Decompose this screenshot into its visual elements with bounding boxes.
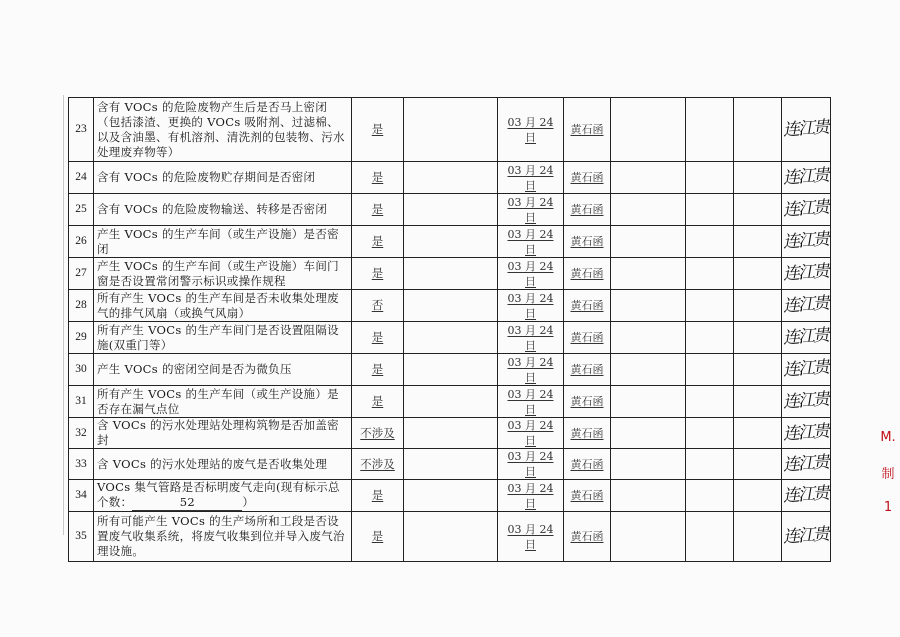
empty-cell xyxy=(404,290,498,322)
check-date: 03 月 24 日 xyxy=(508,324,554,352)
handwritten-signature: 连江贵 xyxy=(783,264,828,282)
empty-cell xyxy=(611,354,686,386)
empty-cell xyxy=(686,226,734,258)
check-result-cell[interactable]: 不涉及 xyxy=(352,418,404,449)
check-item: 所有产生 VOCs 的生产车间门是否设置阻隔设施(双重门等） xyxy=(94,322,352,354)
empty-cell xyxy=(734,354,782,386)
check-result: 是 xyxy=(372,330,384,344)
empty-cell xyxy=(686,194,734,226)
inspector-name: 黄石函 xyxy=(571,427,604,440)
empty-cell xyxy=(404,512,498,562)
inspector-name: 黄石函 xyxy=(571,299,604,312)
row-number: 35 xyxy=(69,512,94,562)
empty-cell xyxy=(404,258,498,290)
check-result-cell[interactable]: 是 xyxy=(352,386,404,418)
marker-count-field[interactable]: 52 xyxy=(132,495,242,511)
check-item: 含有 VOCs 的危险废物贮存期间是否密闭 xyxy=(94,162,352,194)
inspector-name: 黄石函 xyxy=(571,363,604,376)
empty-cell xyxy=(686,386,734,418)
handwritten-signature: 连江贵 xyxy=(783,120,828,138)
row-number: 33 xyxy=(69,449,94,480)
check-date-cell[interactable]: 03 月 24 日 xyxy=(498,162,564,194)
inspector-cell[interactable]: 黄石函 xyxy=(564,480,611,512)
stamp-char: 1 xyxy=(878,500,898,515)
empty-cell xyxy=(611,418,686,449)
check-date-cell[interactable]: 03 月 24 日 xyxy=(498,290,564,322)
handwritten-signature: 连江贵 xyxy=(783,200,828,218)
item-text-suffix: ） xyxy=(242,495,254,509)
empty-cell xyxy=(686,449,734,480)
check-date: 03 月 24 日 xyxy=(508,116,554,144)
empty-cell xyxy=(404,98,498,162)
signature-cell: 连江贵 xyxy=(782,512,831,562)
stamp-char: M. xyxy=(878,430,898,445)
check-date: 03 月 24 日 xyxy=(508,196,554,224)
item-text: 所有可能产生 VOCs 的生产场所和工段是否设置废气收集系统，将废气收集到位并导… xyxy=(97,514,345,558)
row-number: 32 xyxy=(69,418,94,449)
check-date-cell[interactable]: 03 月 24 日 xyxy=(498,386,564,418)
inspector-name: 黄石函 xyxy=(571,235,604,248)
check-result-cell[interactable]: 是 xyxy=(352,354,404,386)
check-result: 是 xyxy=(372,529,384,543)
inspector-name: 黄石函 xyxy=(571,530,604,543)
empty-cell xyxy=(686,98,734,162)
check-date-cell[interactable]: 03 月 24 日 xyxy=(498,98,564,162)
check-date-cell[interactable]: 03 月 24 日 xyxy=(498,418,564,449)
check-result: 是 xyxy=(372,266,384,280)
check-result-cell[interactable]: 不涉及 xyxy=(352,449,404,480)
item-text: 产生 VOCs 的生产车间（或生产设施）车间门窗是否设置常闭警示标识或操作规程 xyxy=(97,259,339,288)
signature-cell: 连江贵 xyxy=(782,194,831,226)
empty-cell xyxy=(404,418,498,449)
table-row: 35所有可能产生 VOCs 的生产场所和工段是否设置废气收集系统，将废气收集到位… xyxy=(69,512,831,562)
handwritten-signature: 连江贵 xyxy=(783,392,828,410)
inspector-cell[interactable]: 黄石函 xyxy=(564,258,611,290)
inspector-cell[interactable]: 黄石函 xyxy=(564,512,611,562)
check-item: 所有产生 VOCs 的生产车间是否未收集处理废气的排气风扇（或换气风扇） xyxy=(94,290,352,322)
empty-cell xyxy=(686,480,734,512)
inspector-cell[interactable]: 黄石函 xyxy=(564,98,611,162)
empty-cell xyxy=(686,258,734,290)
red-seal-stamp: M. 制 1 xyxy=(878,430,898,550)
check-date: 03 月 24 日 xyxy=(508,482,554,510)
check-date: 03 月 24 日 xyxy=(508,292,554,320)
empty-cell xyxy=(404,194,498,226)
handwritten-signature: 连江贵 xyxy=(783,527,828,545)
inspector-cell[interactable]: 黄石函 xyxy=(564,322,611,354)
table-row: 31所有产生 VOCs 的生产车间（或生产设施）是否存在漏气点位是03 月 24… xyxy=(69,386,831,418)
check-result-cell[interactable]: 是 xyxy=(352,162,404,194)
empty-cell xyxy=(734,194,782,226)
handwritten-signature: 连江贵 xyxy=(783,455,828,473)
empty-cell xyxy=(611,162,686,194)
empty-cell xyxy=(734,418,782,449)
inspector-cell[interactable]: 黄石函 xyxy=(564,290,611,322)
inspector-cell[interactable]: 黄石函 xyxy=(564,226,611,258)
row-number: 31 xyxy=(69,386,94,418)
check-date-cell[interactable]: 03 月 24 日 xyxy=(498,258,564,290)
check-result: 不涉及 xyxy=(360,426,395,440)
table-row: 27产生 VOCs 的生产车间（或生产设施）车间门窗是否设置常闭警示标识或操作规… xyxy=(69,258,831,290)
check-item: 所有产生 VOCs 的生产车间（或生产设施）是否存在漏气点位 xyxy=(94,386,352,418)
check-item: 产生 VOCs 的生产车间（或生产设施）车间门窗是否设置常闭警示标识或操作规程 xyxy=(94,258,352,290)
handwritten-signature: 连江贵 xyxy=(783,168,828,186)
empty-cell xyxy=(611,194,686,226)
handwritten-signature: 连江贵 xyxy=(783,328,828,346)
empty-cell xyxy=(734,258,782,290)
empty-cell xyxy=(611,290,686,322)
empty-cell xyxy=(404,480,498,512)
table-row: 33含 VOCs 的污水处理站的废气是否收集处理不涉及03 月 24 日黄石函连… xyxy=(69,449,831,480)
row-number: 27 xyxy=(69,258,94,290)
empty-cell xyxy=(734,322,782,354)
table-row: 32含 VOCs 的污水处理站处理构筑物是否加盖密封不涉及03 月 24 日黄石… xyxy=(69,418,831,449)
inspector-cell[interactable]: 黄石函 xyxy=(564,354,611,386)
inspector-cell[interactable]: 黄石函 xyxy=(564,418,611,449)
row-number: 25 xyxy=(69,194,94,226)
check-date-cell[interactable]: 03 月 24 日 xyxy=(498,449,564,480)
check-result: 是 xyxy=(372,394,384,408)
table-row: 24含有 VOCs 的危险废物贮存期间是否密闭是03 月 24 日黄石函连江贵 xyxy=(69,162,831,194)
row-number: 26 xyxy=(69,226,94,258)
row-number: 28 xyxy=(69,290,94,322)
table-row: 29所有产生 VOCs 的生产车间门是否设置阻隔设施(双重门等）是03 月 24… xyxy=(69,322,831,354)
empty-cell xyxy=(404,386,498,418)
handwritten-signature: 连江贵 xyxy=(783,296,828,314)
inspector-cell[interactable]: 黄石函 xyxy=(564,162,611,194)
check-result: 否 xyxy=(372,298,384,312)
table-row: 26产生 VOCs 的生产车间（或生产设施）是否密闭是03 月 24 日黄石函连… xyxy=(69,226,831,258)
signature-cell: 连江贵 xyxy=(782,449,831,480)
empty-cell xyxy=(734,98,782,162)
empty-cell xyxy=(611,226,686,258)
empty-cell xyxy=(734,386,782,418)
check-date-cell[interactable]: 03 月 24 日 xyxy=(498,354,564,386)
check-date: 03 月 24 日 xyxy=(508,523,554,551)
check-result: 是 xyxy=(372,234,384,248)
empty-cell xyxy=(611,512,686,562)
signature-cell: 连江贵 xyxy=(782,290,831,322)
empty-cell xyxy=(611,386,686,418)
row-number: 24 xyxy=(69,162,94,194)
handwritten-signature: 连江贵 xyxy=(783,424,828,442)
check-date-cell[interactable]: 03 月 24 日 xyxy=(498,480,564,512)
table-row: 30产生 VOCs 的密闭空间是否为微负压是03 月 24 日黄石函连江贵 xyxy=(69,354,831,386)
check-date-cell[interactable]: 03 月 24 日 xyxy=(498,322,564,354)
empty-cell xyxy=(686,290,734,322)
check-result-cell[interactable]: 是 xyxy=(352,98,404,162)
check-item: 所有可能产生 VOCs 的生产场所和工段是否设置废气收集系统，将废气收集到位并导… xyxy=(94,512,352,562)
inspector-cell[interactable]: 黄石函 xyxy=(564,194,611,226)
empty-cell xyxy=(611,98,686,162)
check-date-cell[interactable]: 03 月 24 日 xyxy=(498,512,564,562)
check-date: 03 月 24 日 xyxy=(508,164,554,192)
inspector-name: 黄石函 xyxy=(571,203,604,216)
row-number: 23 xyxy=(69,98,94,162)
row-number: 30 xyxy=(69,354,94,386)
empty-cell xyxy=(686,418,734,449)
item-text: 产生 VOCs 的密闭空间是否为微负压 xyxy=(97,362,292,376)
check-item: 含 VOCs 的污水处理站的废气是否收集处理 xyxy=(94,449,352,480)
signature-cell: 连江贵 xyxy=(782,98,831,162)
check-result: 是 xyxy=(372,362,384,376)
empty-cell xyxy=(404,162,498,194)
empty-cell xyxy=(686,322,734,354)
handwritten-signature: 连江贵 xyxy=(783,360,828,378)
table-row: 28所有产生 VOCs 的生产车间是否未收集处理废气的排气风扇（或换气风扇）否0… xyxy=(69,290,831,322)
signature-cell: 连江贵 xyxy=(782,418,831,449)
signature-cell: 连江贵 xyxy=(782,226,831,258)
inspector-name: 黄石函 xyxy=(571,267,604,280)
row-number: 34 xyxy=(69,480,94,512)
empty-cell xyxy=(686,512,734,562)
check-result-cell[interactable]: 否 xyxy=(352,290,404,322)
check-item: 含 VOCs 的污水处理站处理构筑物是否加盖密封 xyxy=(94,418,352,449)
empty-cell xyxy=(734,290,782,322)
check-item: 含有 VOCs 的危险废物产生后是否马上密闭（包括漆渣、更换的 VOCs 吸附剂… xyxy=(94,98,352,162)
empty-cell xyxy=(404,354,498,386)
table-row: 23含有 VOCs 的危险废物产生后是否马上密闭（包括漆渣、更换的 VOCs 吸… xyxy=(69,98,831,162)
check-date: 03 月 24 日 xyxy=(508,228,554,256)
item-text: 含有 VOCs 的危险废物输送、转移是否密闭 xyxy=(97,202,327,216)
empty-cell xyxy=(404,226,498,258)
item-text: 所有产生 VOCs 的生产车间门是否设置阻隔设施(双重门等） xyxy=(97,323,339,352)
binding-margin-line xyxy=(63,95,64,535)
signature-cell: 连江贵 xyxy=(782,258,831,290)
check-date: 03 月 24 日 xyxy=(508,450,554,478)
item-text: 含 VOCs 的污水处理站处理构筑物是否加盖密封 xyxy=(97,418,339,447)
check-item: 产生 VOCs 的生产车间（或生产设施）是否密闭 xyxy=(94,226,352,258)
check-result: 是 xyxy=(372,122,384,136)
check-result: 不涉及 xyxy=(360,457,395,471)
item-text: 含有 VOCs 的危险废物产生后是否马上密闭（包括漆渣、更换的 VOCs 吸附剂… xyxy=(97,100,345,159)
stamp-char: 制 xyxy=(878,463,898,482)
signature-cell: 连江贵 xyxy=(782,162,831,194)
empty-cell xyxy=(611,322,686,354)
check-result-cell[interactable]: 是 xyxy=(352,512,404,562)
empty-cell xyxy=(734,162,782,194)
empty-cell xyxy=(734,480,782,512)
handwritten-signature: 连江贵 xyxy=(783,486,828,504)
check-result-cell[interactable]: 是 xyxy=(352,194,404,226)
check-result: 是 xyxy=(372,488,384,502)
inspector-name: 黄石函 xyxy=(571,458,604,471)
check-date: 03 月 24 日 xyxy=(508,419,554,447)
empty-cell xyxy=(404,449,498,480)
item-text: 产生 VOCs 的生产车间（或生产设施）是否密闭 xyxy=(97,227,339,256)
empty-cell xyxy=(734,449,782,480)
handwritten-signature: 连江贵 xyxy=(783,232,828,250)
inspector-name: 黄石函 xyxy=(571,489,604,502)
check-item: 含有 VOCs 的危险废物输送、转移是否密闭 xyxy=(94,194,352,226)
empty-cell xyxy=(404,322,498,354)
check-date: 03 月 24 日 xyxy=(508,388,554,416)
check-result-cell[interactable]: 是 xyxy=(352,226,404,258)
item-text: 所有产生 VOCs 的生产车间（或生产设施）是否存在漏气点位 xyxy=(97,387,339,416)
empty-cell xyxy=(611,258,686,290)
inspector-name: 黄石函 xyxy=(571,123,604,136)
empty-cell xyxy=(734,512,782,562)
inspector-name: 黄石函 xyxy=(571,171,604,184)
check-date-cell[interactable]: 03 月 24 日 xyxy=(498,194,564,226)
empty-cell xyxy=(686,354,734,386)
check-item: 产生 VOCs 的密闭空间是否为微负压 xyxy=(94,354,352,386)
inspector-name: 黄石函 xyxy=(571,395,604,408)
row-number: 29 xyxy=(69,322,94,354)
item-text: 所有产生 VOCs 的生产车间是否未收集处理废气的排气风扇（或换气风扇） xyxy=(97,291,339,320)
table-row: 34VOCs 集气管路是否标明废气走向(现有标示总个数：52）是03 月 24 … xyxy=(69,480,831,512)
check-result-cell[interactable]: 是 xyxy=(352,322,404,354)
check-result: 是 xyxy=(372,170,384,184)
signature-cell: 连江贵 xyxy=(782,386,831,418)
signature-cell: 连江贵 xyxy=(782,354,831,386)
empty-cell xyxy=(611,480,686,512)
empty-cell xyxy=(611,449,686,480)
empty-cell xyxy=(734,226,782,258)
check-date: 03 月 24 日 xyxy=(508,356,554,384)
item-text: 含有 VOCs 的危险废物贮存期间是否密闭 xyxy=(97,170,315,184)
table-row: 25含有 VOCs 的危险废物输送、转移是否密闭是03 月 24 日黄石函连江贵 xyxy=(69,194,831,226)
item-text: 含 VOCs 的污水处理站的废气是否收集处理 xyxy=(97,457,327,471)
check-item: VOCs 集气管路是否标明废气走向(现有标示总个数：52） xyxy=(94,480,352,512)
inspector-cell[interactable]: 黄石函 xyxy=(564,386,611,418)
check-result-cell[interactable]: 是 xyxy=(352,258,404,290)
signature-cell: 连江贵 xyxy=(782,480,831,512)
empty-cell xyxy=(686,162,734,194)
check-result-cell[interactable]: 是 xyxy=(352,480,404,512)
inspector-name: 黄石函 xyxy=(571,331,604,344)
inspector-cell[interactable]: 黄石函 xyxy=(564,449,611,480)
check-date: 03 月 24 日 xyxy=(508,260,554,288)
check-date-cell[interactable]: 03 月 24 日 xyxy=(498,226,564,258)
inspection-checklist-table: 23含有 VOCs 的危险废物产生后是否马上密闭（包括漆渣、更换的 VOCs 吸… xyxy=(68,97,831,562)
signature-cell: 连江贵 xyxy=(782,322,831,354)
check-result: 是 xyxy=(372,202,384,216)
